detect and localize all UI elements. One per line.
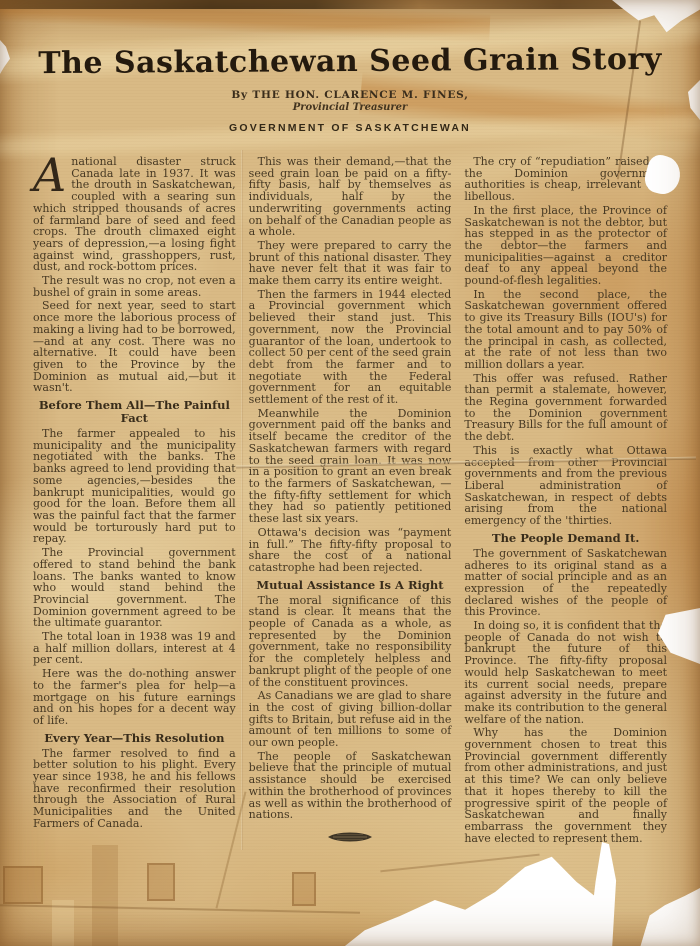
article-paragraph: Seed for next year, seed to start once m…	[33, 300, 236, 394]
section-heading: The People Demand It.	[464, 532, 667, 545]
article-paragraph: In doing so, it is confident that the pe…	[464, 620, 667, 725]
torn-paper-area	[340, 853, 615, 946]
torn-paper-area	[612, 0, 700, 34]
torn-paper-area	[630, 885, 700, 946]
article-paragraph: The Provincial government offered to sta…	[33, 547, 236, 629]
article-paragraph: Here was the do-nothing answer to the fa…	[33, 668, 236, 727]
article-paragraph: The moral significance of this stand is …	[249, 595, 452, 689]
article-paragraph: This is exactly what Ottawa accepted fro…	[464, 445, 667, 527]
column-1: Anational disaster struck Canada late in…	[33, 156, 236, 849]
article-paragraph: This was their demand,—that the seed gra…	[249, 156, 452, 238]
shadow-band	[92, 845, 118, 946]
torn-paper-area	[586, 842, 618, 946]
article-paragraph: The farmer appealed to his municipality …	[33, 428, 236, 545]
article-paragraph: Why has the Dominion government chosen t…	[464, 727, 667, 844]
fleuron-ornament-icon	[249, 829, 452, 849]
section-heading: Every Year—This Resolution	[33, 732, 236, 745]
article-paragraph: Meanwhile the Dominion government paid o…	[249, 408, 452, 525]
article-paragraph: Ottawa's decision was “payment in full.”…	[249, 527, 452, 574]
column-2: This was their demand,—that the seed gra…	[249, 156, 452, 849]
page-title: The Saskatchewan Seed Grain Story	[0, 42, 700, 82]
byline: By THE HON. CLARENCE M. FINES,	[0, 89, 700, 101]
article-paragraph: The people of Saskatchewan believe that …	[249, 751, 452, 821]
shadow-band	[52, 900, 74, 946]
stain-streak	[0, 0, 490, 43]
article-paragraph: The total loan in 1938 was 19 and a half…	[33, 631, 236, 666]
article-columns: Anational disaster struck Canada late in…	[33, 156, 667, 849]
article-paragraph: In the first place, the Province of Sask…	[464, 205, 667, 287]
masthead: The Saskatchewan Seed Grain Story By THE…	[0, 44, 700, 134]
article-paragraph: Then the farmers in 1944 elected a Provi…	[249, 289, 452, 406]
scanned-document-page: The Saskatchewan Seed Grain Story By THE…	[0, 0, 700, 946]
section-heading: Before Them All—The Painful Fact	[33, 399, 236, 425]
crease-line	[380, 854, 539, 873]
article-paragraph: In the second place, the Saskatchewan go…	[464, 289, 667, 371]
tape-residue	[3, 866, 43, 904]
article-paragraph: The farmer resolved to find a better sol…	[33, 748, 236, 830]
article-paragraph: As Canadians we are glad to share in the…	[249, 690, 452, 749]
column-3: The cry of “repudiation” raised by the D…	[464, 156, 667, 849]
tape-residue	[147, 863, 175, 901]
article-paragraph: The result was no crop, not even a bushe…	[33, 275, 236, 298]
article-paragraph: This offer was refused. Rather than perm…	[464, 373, 667, 443]
tape-residue	[292, 872, 316, 906]
organization-line: GOVERNMENT OF SASKATCHEWAN	[0, 122, 700, 134]
section-heading: Mutual Assistance Is A Right	[249, 579, 452, 592]
dark-top-edge	[0, 0, 700, 9]
article-paragraph: The government of Saskatchewan adheres t…	[464, 548, 667, 618]
byline-role: Provincial Treasurer	[0, 102, 700, 113]
drop-cap-letter: A	[33, 156, 71, 193]
article-paragraph: The cry of “repudiation” raised by the D…	[464, 156, 667, 203]
article-paragraph: Anational disaster struck Canada late in…	[33, 156, 236, 273]
article-paragraph: They were prepared to carry the brunt of…	[249, 240, 452, 287]
